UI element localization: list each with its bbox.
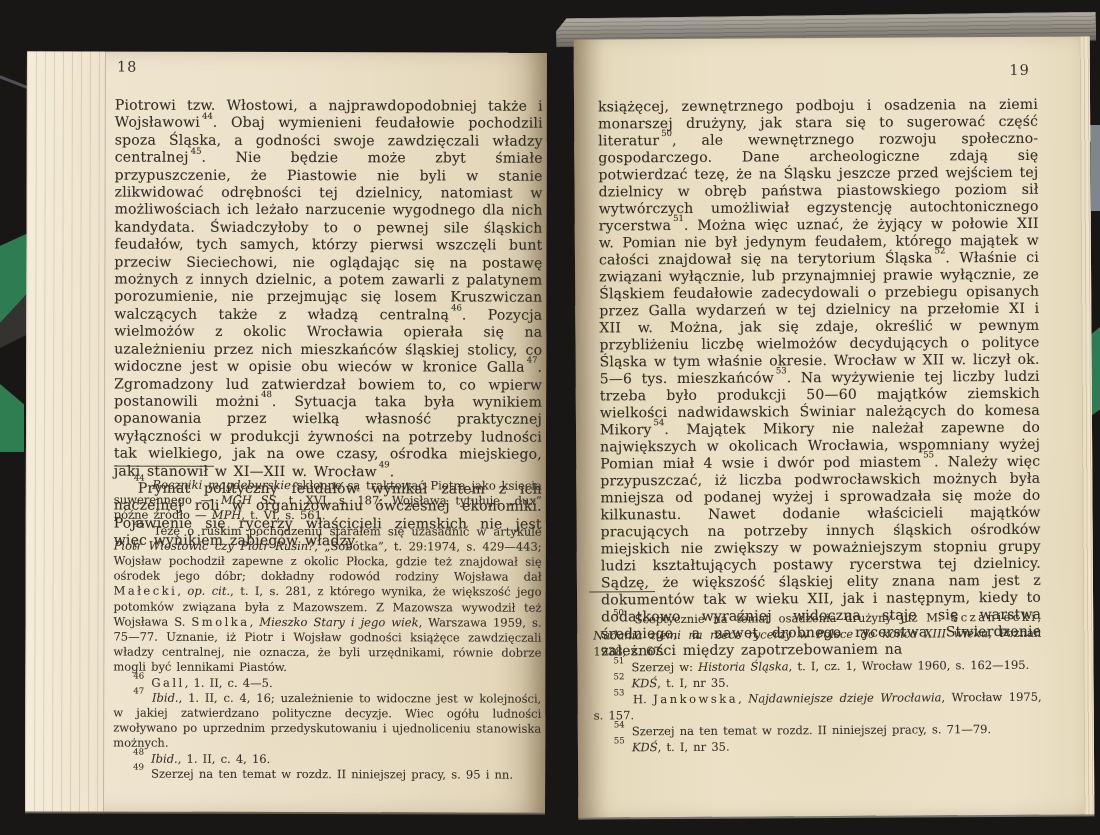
- footnote: 50 Sceptycznie na temat osadzenia drużyn…: [593, 609, 1041, 660]
- footnote: 44 Roczniki magdeburskie skłonne są trak…: [114, 478, 542, 525]
- text-segment: ,: [738, 692, 748, 706]
- text-segment: . Nie będzie może zbyt śmiałe przypuszcz…: [114, 150, 542, 323]
- page-number-right: 19: [1009, 63, 1030, 79]
- text-segment: , t. I, nr 35.: [658, 740, 730, 754]
- text-segment: ,: [250, 615, 260, 629]
- footnote-ref: 44: [202, 112, 213, 122]
- text-segment: Historia Śląska: [698, 659, 789, 674]
- text-segment: , t. VI, s. 561.: [241, 508, 325, 522]
- cover-green-stripe-left-lower: [0, 384, 24, 452]
- footnote-ref: 54: [653, 418, 664, 428]
- text-segment: Nadania ziemi na rzecz rycerzy w Polsce …: [593, 626, 988, 642]
- footnote-number: 55: [614, 736, 625, 746]
- footnote-number: 53: [614, 688, 625, 698]
- text-segment: Szerzej w:: [631, 660, 698, 674]
- text-segment: Ibid.: [152, 690, 179, 704]
- text-segment: Ibid.: [151, 751, 178, 765]
- footnote-ref: 52: [934, 247, 945, 257]
- text-segment: MGH SS: [221, 493, 276, 507]
- footnote: 55 KDŚ, t. I, nr 35.: [594, 737, 1042, 756]
- footnote: 53 H. Jankowska, Najdawniejsze dzieje Wr…: [594, 689, 1042, 724]
- text-segment: , 1. II, c. 4, 16; uzależnienie to widoc…: [113, 691, 541, 751]
- text-segment: op. cit.: [187, 584, 230, 598]
- text-segment: , 1. II, c. 4—5.: [185, 675, 273, 689]
- footnote-ref: 48: [261, 390, 272, 400]
- page-number-left: 18: [117, 60, 137, 76]
- right-page-footnotes: 50 Sceptycznie na temat osadzenia drużyn…: [593, 609, 1042, 756]
- paragraph: Piotrowi tzw. Włostowi, a najprawdopodob…: [114, 98, 543, 482]
- footnote: 46 Gall, 1. II, c. 4—5.: [113, 675, 541, 691]
- footnote: 47 Ibid., 1. II, c. 4, 16; uzależnienie …: [113, 690, 541, 752]
- text-segment: Roczniki magdeburskie: [152, 478, 291, 492]
- footnote-number: 45: [134, 519, 145, 529]
- text-segment: Mieszko Stary i jego wiek: [259, 615, 418, 629]
- cover-thin-line-left: [0, 74, 28, 89]
- footnote-ref: 55: [923, 451, 934, 461]
- cover-letter-fragment-stem: [1091, 125, 1100, 211]
- footnote: 54 Szerzej na ten temat w rozdz. II nini…: [594, 721, 1042, 740]
- text-segment: , 1. II, c. 4, 16.: [178, 751, 271, 765]
- page-right: 19 książęcej, zewnętrznego podboju i osa…: [574, 36, 1095, 817]
- footnote-number: 48: [133, 747, 144, 757]
- text-segment: Szerzej na ten temat w rozdz. II niniejs…: [632, 722, 991, 738]
- text-segment: Sceptycznie na temat osadzenia drużyny j…: [635, 610, 951, 626]
- page-left: 18 Piotrowi tzw. Włostowi, a najprawdopo…: [25, 51, 547, 812]
- footnote-ref: 51: [673, 214, 684, 224]
- text-segment: ,: [1037, 610, 1041, 624]
- text-segment: MPH: [212, 508, 242, 522]
- text-segment: Sczaniecki: [950, 610, 1037, 625]
- footnote-number: 49: [133, 763, 144, 773]
- text-segment: , t. I, nr 35.: [657, 676, 729, 690]
- footnote-ref: 49: [379, 460, 390, 470]
- text-segment: Małecki: [114, 584, 178, 598]
- footnote-number: 54: [614, 720, 625, 730]
- paragraph: książęcej, zewnętrznego podboju i osadze…: [598, 97, 1041, 661]
- text-segment: , t. I, cz. 1, Wrocław 1960, s. 162—195.: [789, 658, 1030, 673]
- text-segment: . Właśnie ci związani wyłącznie, lub prz…: [599, 250, 1040, 388]
- page-fore-edges-left: [25, 51, 106, 811]
- text-segment: H.: [633, 692, 653, 706]
- left-page-footnotes: 44 Roczniki magdeburskie skłonne są trak…: [113, 478, 542, 783]
- text-segment: ,: [177, 584, 187, 598]
- footnote-number: 44: [134, 474, 145, 484]
- text-segment: Gall: [151, 675, 184, 689]
- footnote-number: 46: [133, 671, 144, 681]
- footnote: 45 Tezę o ruskim pochodzeniu starałem si…: [113, 523, 541, 676]
- text-segment: Smolka: [191, 615, 249, 629]
- footnote-number: 50: [613, 608, 624, 618]
- footnote-ref: 47: [527, 356, 538, 366]
- footnote-number: 47: [133, 687, 144, 697]
- text-segment: Piotr Włostowic czy Piotr Rusin?: [114, 538, 315, 553]
- footnote-number: 51: [613, 656, 624, 666]
- text-segment: KDŚ: [632, 740, 658, 754]
- text-segment: Najdawniejsze dzieje Wrocławia: [748, 690, 941, 705]
- right-page-body-text: książęcej, zewnętrznego podboju i osadze…: [598, 97, 1041, 661]
- footnote: 49 Szerzej na ten temat w rozdz. II nini…: [113, 766, 541, 782]
- footnote-number: 52: [613, 672, 624, 682]
- text-segment: Szerzej na ten temat w rozdz. II niniejs…: [151, 767, 513, 782]
- footnote-ref: 53: [776, 367, 787, 377]
- text-segment: KDŚ: [632, 676, 658, 690]
- footnote-ref: 45: [191, 146, 202, 156]
- footnote: 51 Szerzej w: Historia Śląska, t. I, cz.…: [593, 657, 1041, 676]
- footnote-ref: 50: [661, 129, 672, 139]
- footnote-ref: 46: [451, 304, 462, 314]
- text-segment: Tezę o ruskim pochodzeniu starałem się u…: [154, 523, 542, 538]
- text-segment: Jankowska: [653, 692, 738, 707]
- footnote: 48 Ibid., 1. II, c. 4, 16.: [113, 751, 541, 767]
